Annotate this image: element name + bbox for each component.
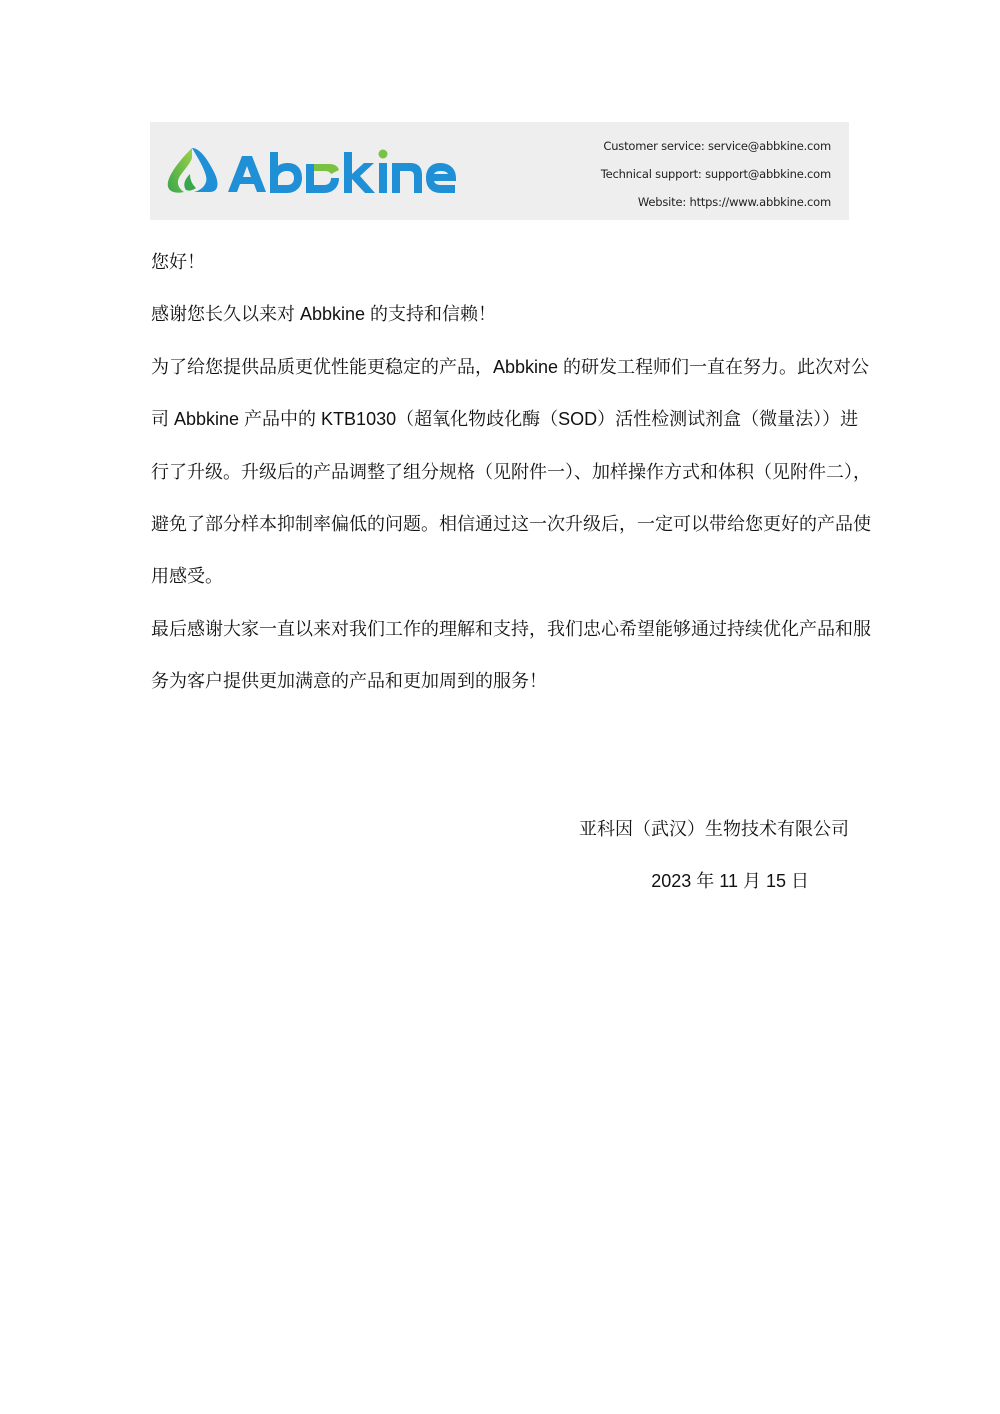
greeting-text: 您好！ — [151, 236, 851, 288]
signature-block: 亚科因（武汉）生物技术有限公司 2023 年 11 月 15 日 — [579, 803, 849, 908]
upgrade-line-2: 司 Abbkine 产品中的 KTB1030（超氧化物歧化酶（SOD）活性检测试… — [151, 393, 849, 445]
upgrade-line-3: 行了升级。升级后的产品调整了组分规格（见附件一）、加样操作方式和体积（见附件二）… — [151, 446, 849, 498]
abbkine-logo — [164, 144, 464, 196]
closing-line-1: 最后感谢大家一直以来对我们工作的理解和支持，我们忠心希望能够通过持续优化产品和服 — [151, 603, 849, 655]
customer-service-contact: Customer service: service@abbkine.com — [601, 132, 831, 160]
header-banner: Customer service: service@abbkine.com Te… — [150, 122, 849, 220]
thanks-text: 感谢您长久以来对 Abbkine 的支持和信赖！ — [151, 288, 851, 340]
technical-support-contact: Technical support: support@abbkine.com — [601, 160, 831, 188]
contact-info: Customer service: service@abbkine.com Te… — [601, 132, 831, 216]
closing-paragraph: 最后感谢大家一直以来对我们工作的理解和支持，我们忠心希望能够通过持续优化产品和服… — [151, 603, 851, 708]
letter-body: 您好！ 感谢您长久以来对 Abbkine 的支持和信赖！ 为了给您提供品质更优性… — [151, 236, 851, 708]
abbkine-logo-icon — [164, 144, 464, 196]
thanks-paragraph: 感谢您长久以来对 Abbkine 的支持和信赖！ — [151, 288, 851, 340]
upgrade-line-1: 为了给您提供品质更优性能更稳定的产品，Abbkine 的研发工程师们一直在努力。… — [151, 341, 849, 393]
closing-line-2: 务为客户提供更加满意的产品和更加周到的服务！ — [151, 655, 851, 707]
upgrade-line-5: 用感受。 — [151, 550, 851, 602]
website-contact: Website: https://www.abbkine.com — [601, 188, 831, 216]
greeting: 您好！ — [151, 236, 851, 288]
upgrade-paragraph: 为了给您提供品质更优性能更稳定的产品，Abbkine 的研发工程师们一直在努力。… — [151, 341, 851, 603]
company-name: 亚科因（武汉）生物技术有限公司 — [579, 803, 849, 855]
letter-date: 2023 年 11 月 15 日 — [579, 855, 809, 907]
upgrade-line-4: 避免了部分样本抑制率偏低的问题。相信通过这一次升级后，一定可以带给您更好的产品使 — [151, 498, 849, 550]
